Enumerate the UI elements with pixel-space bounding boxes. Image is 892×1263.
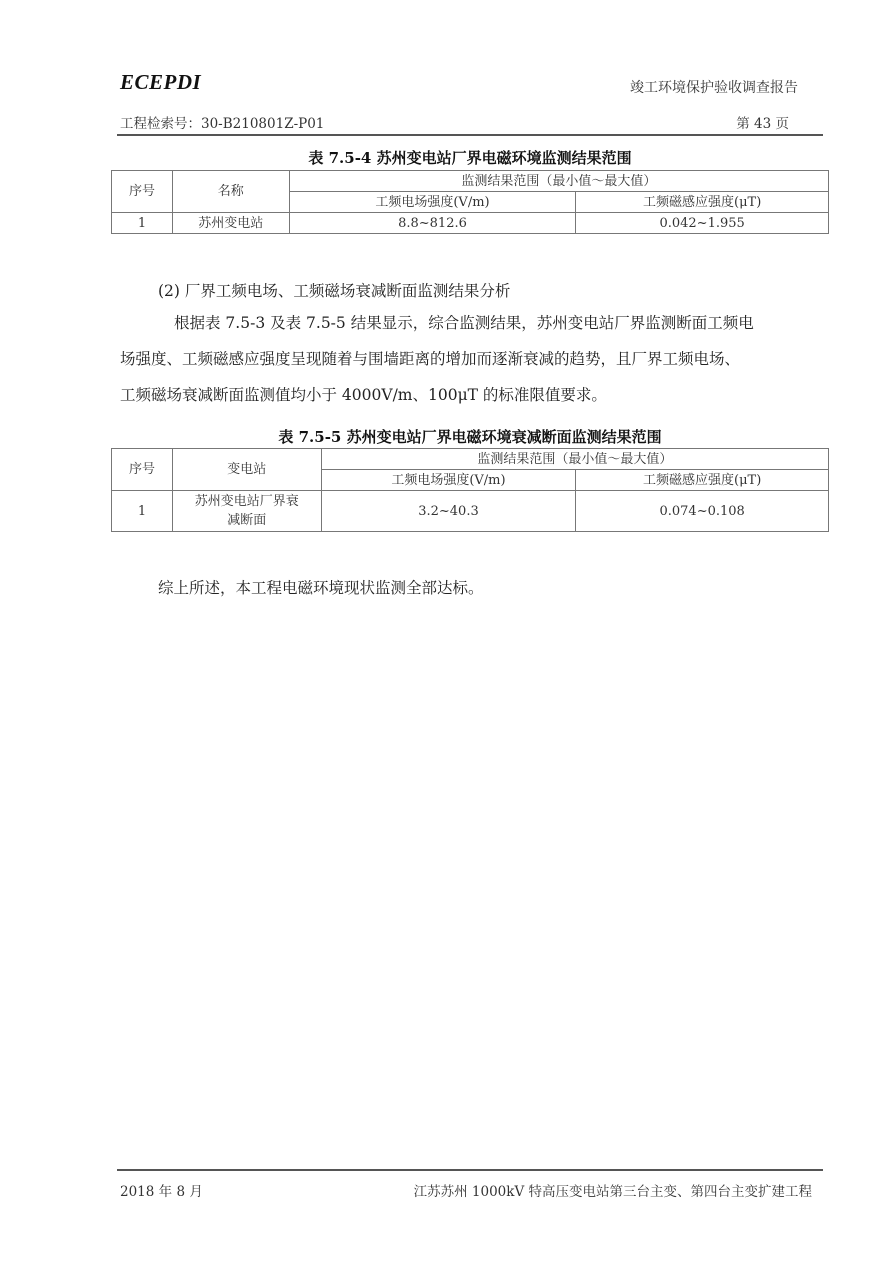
table-7-5-4: 序号 名称 监测结果范围（最小值～最大值） 工频电场强度(V/m) 工频磁感应强…: [111, 170, 829, 234]
footer-divider: [117, 1169, 823, 1171]
project-code: 工程检索号：30-B210801Z-P01: [120, 112, 324, 132]
cell-electric: 3.2~40.3: [321, 491, 576, 532]
header-range-group: 监测结果范围（最小值～最大值）: [321, 449, 828, 470]
header-name: 变电站: [172, 449, 321, 491]
footer-date: 2018 年 8 月: [120, 1180, 203, 1200]
table-7-5-5: 序号 变电站 监测结果范围（最小值～最大值） 工频电场强度(V/m) 工频磁感应…: [111, 448, 829, 532]
table-7-5-5-caption: 表 7.5-5 苏州变电站厂界电磁环境衰减断面监测结果范围: [110, 426, 830, 447]
table-row: 1 苏州变电站 8.8~812.6 0.042~1.955: [112, 213, 829, 234]
cell-magnetic: 0.074~0.108: [576, 491, 829, 532]
cell-name: 苏州变电站: [172, 213, 289, 234]
header-divider: [117, 134, 823, 136]
table-7-5-4-caption: 表 7.5-4 苏州变电站厂界电磁环境监测结果范围: [110, 147, 830, 168]
company-logo: ECEPDI: [120, 70, 201, 95]
header-index: 序号: [112, 449, 173, 491]
page-number: 第 43 页: [736, 112, 789, 132]
cell-index: 1: [112, 213, 173, 234]
paragraph-line-2: 场强度、工频磁感应强度呈现随着与围墙距离的增加而逐渐衰减的趋势，且厂界工频电场、: [120, 349, 740, 369]
cell-name-line-2: 减断面: [173, 511, 321, 530]
footer-project: 江苏苏州 1000kV 特高压变电站第三台主变、第四台主变扩建工程: [414, 1180, 812, 1200]
table-row: 1 苏州变电站厂界衰 减断面 3.2~40.3 0.074~0.108: [112, 491, 829, 532]
cell-electric: 8.8~812.6: [289, 213, 576, 234]
paragraph-line-3: 工频磁场衰减断面监测值均小于 4000V/m、100μT 的标准限值要求。: [120, 385, 607, 405]
cell-name-line-1: 苏州变电站厂界衰: [173, 492, 321, 511]
header-magnetic: 工频磁感应强度(μT): [576, 192, 829, 213]
section-heading: (2) 厂界工频电场、工频磁场衰减断面监测结果分析: [158, 281, 510, 301]
header-magnetic: 工频磁感应强度(μT): [576, 470, 829, 491]
conclusion-text: 综上所述，本工程电磁环境现状监测全部达标。: [158, 578, 484, 598]
header-name: 名称: [172, 171, 289, 213]
header-index: 序号: [112, 171, 173, 213]
report-title: 竣工环境保护验收调查报告: [630, 77, 798, 97]
cell-magnetic: 0.042~1.955: [576, 213, 829, 234]
header-electric: 工频电场强度(V/m): [321, 470, 576, 491]
cell-index: 1: [112, 491, 173, 532]
cell-name: 苏州变电站厂界衰 减断面: [172, 491, 321, 532]
header-range-group: 监测结果范围（最小值～最大值）: [289, 171, 828, 192]
paragraph-line-1: 根据表 7.5-3 及表 7.5-5 结果显示，综合监测结果，苏州变电站厂界监测…: [174, 313, 754, 333]
header-electric: 工频电场强度(V/m): [289, 192, 576, 213]
